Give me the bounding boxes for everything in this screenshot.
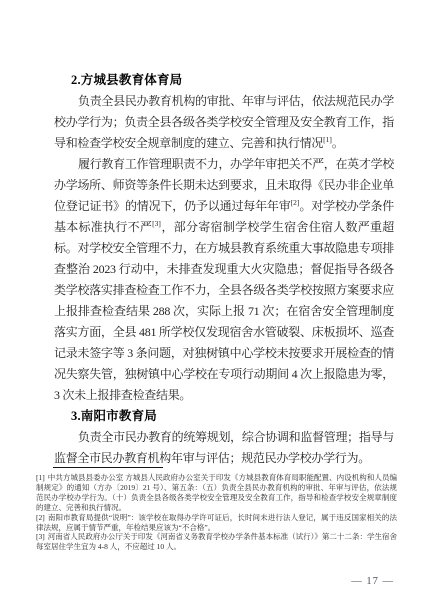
footnote-ref-1: [1] (323, 135, 332, 144)
footnote-1: [1]中共方城县县委办公室 方城县人民政府办公室关于印发《方城县教育体育局职能配… (36, 473, 397, 513)
footnote-2: [2]南阳市教育局提供“说明”：该学校在取得办学许可证后，长时间未进行法人登记，… (36, 513, 397, 533)
footnote-separator (53, 467, 163, 468)
paragraph-text: ，部分寄宿制学校学生宿舍住宿人数严重超标。对学校安全管理不力，在方城县教育系统重… (54, 220, 394, 402)
paragraph-duties-fangcheng: 负责全县民办教育机构的审批、年审与评估，依法规范民办学校办学行为；负责全县各级各… (54, 91, 394, 154)
footnotes-area: [1]中共方城县县委办公室 方城县人民政府办公室关于印发《方城县教育体育局职能配… (36, 467, 397, 552)
paragraph-text: 负责全市民办教育的统筹规划，综合协调和监督管理；指导与监督全市民办教育机构年审与… (54, 430, 394, 465)
page-number: — 17 — (351, 576, 394, 587)
paragraph-text: 。 (332, 136, 344, 150)
footnote-3: [3]河南省人民政府办公厅关于印发《河南省义务教育学校办学条件基本标准（试行）》… (36, 532, 397, 552)
footnote-text: 河南省人民政府办公厅关于印发《河南省义务教育学校办学条件基本标准（试行）》第二十… (36, 532, 397, 551)
section-heading-nanyang: 3.南阳市教育局 (54, 406, 394, 427)
footnote-text: 南阳市教育局提供“说明”：该学校在取得办学许可证后，长时间未进行法人登记，属于违… (36, 513, 397, 532)
footnote-ref-3: [3] (152, 219, 161, 228)
document-page: 2.方城县教育体育局 负责全县民办教育机构的审批、年审与评估，依法规范民办学校办… (0, 0, 432, 611)
footnote-marker: [3] (36, 532, 45, 541)
footnote-marker: [2] (36, 513, 45, 522)
paragraph-findings-fangcheng: 履行教育工作管理职责不力，办学年审把关不严，在英才学校办学场所、师资等条件长期未… (54, 154, 394, 406)
paragraph-duties-nanyang: 负责全市民办教育的统筹规划，综合协调和监督管理；指导与监督全市民办教育机构年审与… (54, 427, 394, 469)
footnote-marker: [1] (36, 473, 45, 482)
section-heading-fangcheng: 2.方城县教育体育局 (54, 70, 394, 91)
document-body: 2.方城县教育体育局 负责全县民办教育机构的审批、年审与评估，依法规范民办学校办… (54, 70, 394, 469)
footnote-text: 中共方城县县委办公室 方城县人民政府办公室关于印发《方城县教育体育局职能配置、内… (36, 473, 397, 512)
